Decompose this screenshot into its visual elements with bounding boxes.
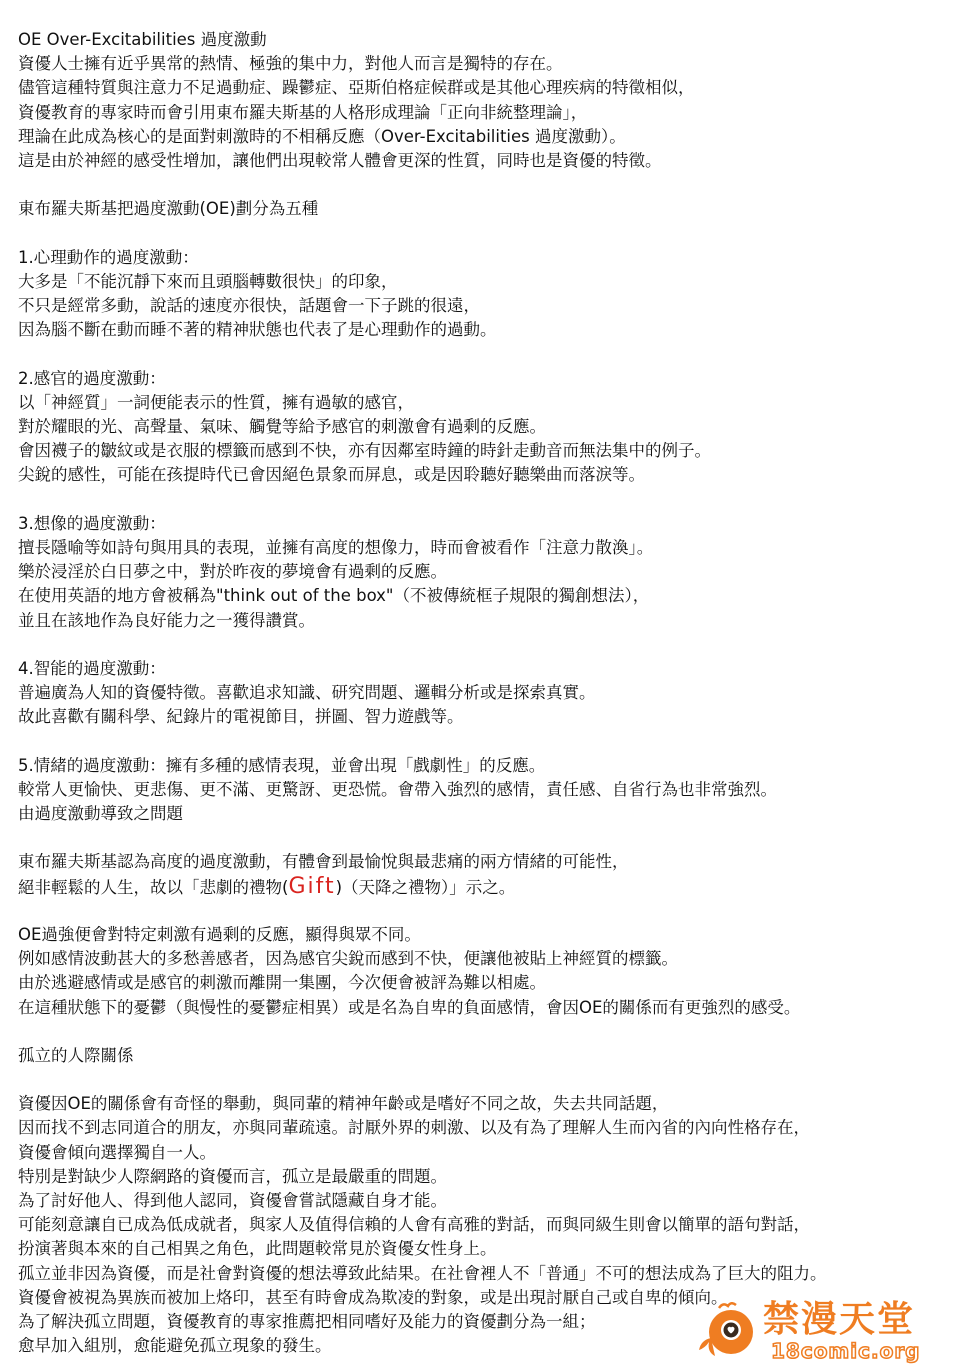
watermark-url: 18comic.org <box>771 1340 921 1362</box>
tragic-gift-prefix: 絕非輕鬆的人生，故以「悲劇的禮物( <box>18 878 288 897</box>
spacer <box>18 1020 953 1044</box>
spacer <box>18 633 953 657</box>
type-line: 普遍廣為人知的資優特徵。喜歡追求知識、研究問題、邏輯分析或是探索真實。 <box>18 681 953 705</box>
oe-effect-line: 例如感情波動甚大的多愁善感者，因為感官尖銳而感到不快，便讓他被貼上神經質的標籤。 <box>18 947 953 971</box>
type-line: 以「神經質」一詞便能表示的性質，擁有過敏的感官， <box>18 391 953 415</box>
isolation-line: 為了討好他人、得到他人認同，資優會嘗試隱藏自身才能。 <box>18 1189 953 1213</box>
spacer <box>18 488 953 512</box>
isolation-line: 因而找不到志同道合的朋友，亦與同輩疏遠。討厭外界的刺激、以及有為了理解人生而內省… <box>18 1116 953 1140</box>
isolation-line: 資優因OE的關係會有奇怪的舉動，與同輩的精神年齡或是嗜好不同之故，失去共同話題， <box>18 1092 953 1116</box>
problems-heading: 由過度激動導致之問題 <box>18 802 953 826</box>
type-line: 會因襪子的皺紋或是衣服的標籤而感到不快，亦有因鄰室時鐘的時針走動音而無法集中的例… <box>18 439 953 463</box>
isolation-line: 扮演著與本來的自己相異之角色，此問題較常見於資優女性身上。 <box>18 1237 953 1261</box>
oe-effect-line: 在這種狀態下的憂鬱（與慢性的憂鬱症相異）或是名為自卑的負面感情，會因OE的關係而… <box>18 996 953 1020</box>
tragic-gift-line: 絕非輕鬆的人生，故以「悲劇的禮物(Gift)（天降之禮物）」示之。 <box>18 875 953 899</box>
isolation-line: 資優會傾向選擇獨自一人。 <box>18 1141 953 1165</box>
type-heading: 3.想像的過度激動： <box>18 512 953 536</box>
type-line: 因為腦不斷在動而睡不著的精神狀態也代表了是心理動作的過動。 <box>18 318 953 342</box>
isolation-line: 孤立並非因為資優，而是社會對資優的想法導致此結果。在社會裡人不「普通」不可的想法… <box>18 1262 953 1286</box>
spacer <box>18 342 953 366</box>
spacer <box>18 222 953 246</box>
type-line: 較常人更愉快、更悲傷、更不滿、更驚訝、更恐慌。會帶入強烈的感情，責任感、自省行為… <box>18 778 953 802</box>
spacer <box>18 899 953 923</box>
intro-line: 儘管這種特質與注意力不足過動症、躁鬱症、亞斯伯格症候群或是其他心理疾病的特徵相似… <box>18 76 953 100</box>
oe-effect-line: 由於逃避感情或是感官的刺激而離開一集團，今次便會被評為難以相處。 <box>18 971 953 995</box>
gift-word: Gift <box>288 874 335 899</box>
type-line: 對於耀眼的光、高聲量、氣味、觸覺等給予感官的刺激會有過剩的反應。 <box>18 415 953 439</box>
type-line: 在使用英語的地方會被稱為"think out of the box"（不被傳統框… <box>18 584 953 608</box>
spacer <box>18 1068 953 1092</box>
watermark-title: 禁漫天堂 <box>763 1300 915 1340</box>
intro-line: 資優教育的專家時而會引用東布羅夫斯基的人格形成理論「正向非統整理論」， <box>18 101 953 125</box>
type-heading: 2.感官的過度激動： <box>18 367 953 391</box>
spacer <box>18 173 953 197</box>
isolation-line: 特別是對缺少人際網路的資優而言，孤立是最嚴重的問題。 <box>18 1165 953 1189</box>
spacer <box>18 826 953 850</box>
watermark: 禁漫天堂 18comic.org <box>695 1296 925 1366</box>
oe-effect-line: OE過強便會對特定刺激有過剩的反應，顯得與眾不同。 <box>18 923 953 947</box>
type-heading: 5.情緒的過度激動：擁有多種的感情表現，並會出現「戲劇性」的反應。 <box>18 754 953 778</box>
spacer <box>18 729 953 753</box>
intro-line: 資優人士擁有近乎異常的熱情、極強的集中力，對他人而言是獨特的存在。 <box>18 52 953 76</box>
type-line: 不只是經常多動，說話的速度亦很快，話題會一下子跳的很遠， <box>18 294 953 318</box>
type-line: 樂於浸淫於白日夢之中，對於昨夜的夢境會有過剩的反應。 <box>18 560 953 584</box>
type-line: 故此喜歡有關科學、紀錄片的電視節目，拼圖、智力遊戲等。 <box>18 705 953 729</box>
type-line: 並且在該地作為良好能力之一獲得讚賞。 <box>18 609 953 633</box>
type-heading: 4.智能的過度激動： <box>18 657 953 681</box>
isolation-heading: 孤立的人際關係 <box>18 1044 953 1068</box>
isolation-line: 可能刻意讓自已成為低成就者，與家人及值得信賴的人會有高雅的對話，而與同級生則會以… <box>18 1213 953 1237</box>
type-line: 大多是「不能沉靜下來而且頭腦轉數很快」的印象， <box>18 270 953 294</box>
intro-line: 這是由於神經的感受性增加，讓他們出現較常人體會更深的性質，同時也是資優的特徵。 <box>18 149 953 173</box>
tragic-gift-line: 東布羅夫斯基認為高度的過度激動，有體會到最愉悅與最悲痛的兩方情緒的可能性， <box>18 850 953 874</box>
type-line: 擅長隱喻等如詩句與用具的表現，並擁有高度的想像力，時而會被看作「注意力散渙」。 <box>18 536 953 560</box>
type-line: 尖銳的感性，可能在孩提時代已會因絕色景象而屏息，或是因聆聽好聽樂曲而落淚等。 <box>18 463 953 487</box>
type-heading: 1.心理動作的過度激動： <box>18 246 953 270</box>
tragic-gift-suffix: )（天降之禮物）」示之。 <box>336 878 516 897</box>
document-title: OE Over-Excitabilities 過度激動 <box>18 28 953 52</box>
orange-mascot-heart-icon <box>697 1302 759 1360</box>
classification-heading: 東布羅夫斯基把過度激動(OE)劃分為五種 <box>18 197 953 221</box>
document-body: OE Over-Excitabilities 過度激動 資優人士擁有近乎異常的熱… <box>18 28 953 1358</box>
intro-line: 理論在此成為核心的是面對刺激時的不相稱反應（Over-Excitabilitie… <box>18 125 953 149</box>
